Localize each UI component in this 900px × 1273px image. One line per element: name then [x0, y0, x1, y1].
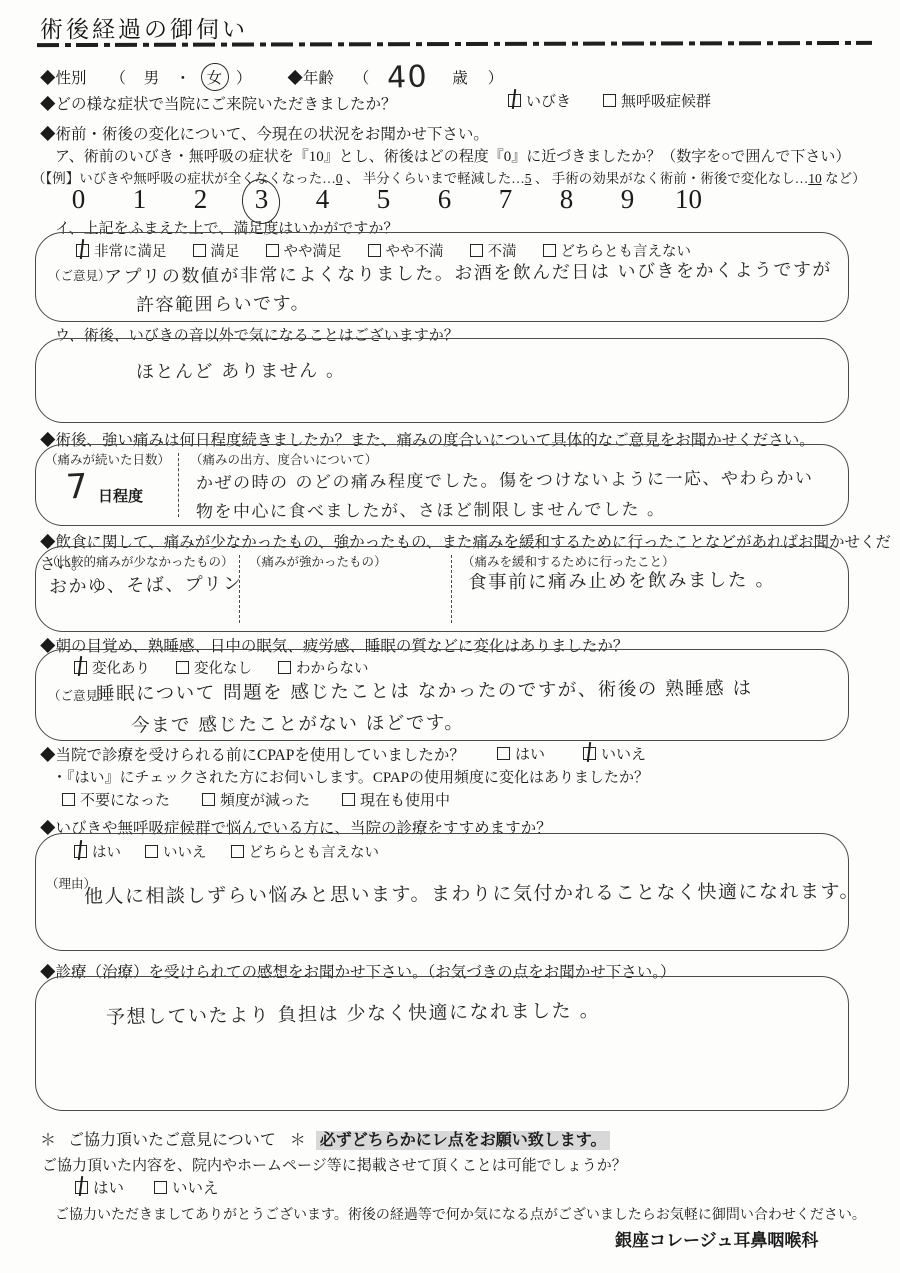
cpap-options: はい いいえ: [497, 743, 646, 764]
checkbox[interactable]: [145, 845, 158, 858]
checkbox-label: わからない: [296, 657, 369, 678]
scale-number-6[interactable]: 6: [416, 184, 473, 215]
example-number: 10: [808, 171, 822, 186]
checkbox-label: はい: [93, 1176, 124, 1198]
questionnaire-sheet: 術後経過の御伺い ◆性別 （ 男 ・ 女 ） ◆年齢 （ 40 歳 ） ◆どの様…: [0, 0, 900, 1273]
consent-note-highlight: 必ずどちらかにレ点をお願い致します。: [316, 1131, 611, 1150]
checkbox-option-no[interactable]: いいえ: [154, 1176, 219, 1198]
checkbox-option[interactable]: 頻度が減った: [202, 789, 310, 810]
impression-answer-box: 予想していたより 負担は 少なく快適になれました 。: [35, 976, 849, 1111]
symptom-question: ◆どの様な症状で当院にご来院いただきましたか？: [40, 92, 397, 114]
checkbox-label: やや不満: [386, 240, 444, 261]
checkbox-label: 現在も使用中: [360, 789, 450, 810]
checkbox-label: はい: [515, 743, 545, 764]
checkbox-option[interactable]: 満足: [193, 240, 240, 261]
age-unit: 歳: [452, 70, 468, 87]
page-title: 術後経過の御伺い: [40, 11, 248, 44]
diet-col2-label: （痛みが強かったもの）: [249, 552, 387, 570]
checkbox-label: いいえ: [163, 841, 207, 862]
cpap-followup-options: 不要になった 頻度が減った 現在も使用中: [62, 789, 450, 810]
pain-desc-label: （痛みの出方、度合いについて）: [190, 450, 377, 468]
checkbox-option[interactable]: どちらとも言えない: [231, 841, 380, 862]
checkbox-label: どちらとも言えない: [249, 841, 380, 862]
checkbox[interactable]: [74, 845, 87, 858]
checkbox-option[interactable]: やや不満: [368, 240, 444, 261]
checkbox[interactable]: [497, 747, 510, 760]
checkbox-label: いびき: [526, 90, 571, 111]
checkbox[interactable]: [368, 244, 381, 257]
comment-label: （ご意見）: [48, 266, 111, 284]
checkbox-option[interactable]: はい: [74, 841, 121, 862]
scale-number-9[interactable]: 9: [599, 184, 656, 215]
checkbox-option[interactable]: いいえ: [145, 841, 207, 862]
scale-number-2[interactable]: 2: [172, 184, 229, 215]
sleep-answer-box: 変化あり 変化なし わからない （ご意見） 睡眠について 問題を 感じたことは …: [35, 649, 849, 741]
handwritten-comment-line2: 許容範囲らいです。: [136, 289, 310, 317]
checkbox[interactable]: [231, 845, 244, 858]
checkbox[interactable]: [154, 1181, 167, 1194]
column-divider: [178, 453, 179, 517]
checkbox-label: 変化あり: [92, 657, 150, 678]
recommend-answer-box: はい いいえ どちらとも言えない （理由） 他人に相談しずらい悩みと思います。ま…: [35, 833, 849, 951]
checkbox-option[interactable]: 非常に満足: [76, 240, 167, 261]
paren: （: [110, 70, 126, 87]
checkbox-option-ibiki[interactable]: いびき: [508, 90, 571, 111]
checkbox-label: 不要になった: [80, 789, 170, 810]
checkbox[interactable]: [508, 94, 521, 107]
thanks-message: ご協力いただきましてありがとうございます。術後の経過等で何か気になる点がございま…: [55, 1204, 866, 1224]
gender-option-male[interactable]: 男: [144, 66, 160, 88]
clinic-name: 銀座コレージュ耳鼻咽喉科: [615, 1226, 818, 1251]
checkbox[interactable]: [75, 1181, 88, 1194]
handwritten-comment-line2: 今まで 感じたことがない ほどです。: [131, 709, 465, 738]
handwritten-days-value: 7: [65, 466, 90, 507]
satisfaction-answer-box: 非常に満足 満足 やや満足 やや不満 不満 どちらとも言えない （ご意見） アプ…: [35, 232, 849, 322]
checkbox-option-no[interactable]: いいえ: [583, 743, 646, 764]
checkbox-label: はい: [92, 841, 121, 862]
paren: ）: [488, 70, 504, 87]
change-heading: ◆術前・術後の変化について、今現在の状況をお聞かせ下さい。: [40, 122, 489, 144]
checkbox[interactable]: [76, 244, 89, 257]
cpap-question: ◆当院で診療を受けられる前にCPAPを使用していましたか？: [40, 743, 465, 765]
checkbox-option-apnea[interactable]: 無呼吸症候群: [603, 90, 711, 111]
checkbox-label: 満足: [211, 240, 240, 261]
checkbox-label: いいえ: [601, 743, 646, 764]
handwritten-col3-value: 食事前に痛み止めを飲みました 。: [468, 566, 776, 595]
checkbox[interactable]: [470, 244, 483, 257]
column-divider: [451, 555, 452, 623]
scale-number-4[interactable]: 4: [294, 184, 351, 215]
checkbox-option[interactable]: 変化なし: [176, 657, 252, 678]
asterisk: ＊: [40, 1132, 56, 1149]
dash-dot-divider: [37, 41, 872, 47]
checkbox-option[interactable]: 不要になった: [62, 789, 170, 810]
diet-col1-label: （比較的痛みが少なかったもの）: [46, 552, 234, 570]
checkbox-option[interactable]: わからない: [278, 657, 369, 678]
cpap-followup-question: ・『はい』にチェックされた方にお伺いします。CPAPの使用頻度に変化はありました…: [52, 766, 649, 787]
checkbox[interactable]: [603, 94, 616, 107]
handwritten-comment-line1: 睡眠について 問題を 感じたことは なかったのですが、術後の 熟睡感 は: [96, 674, 753, 706]
checkbox-label: 無呼吸症候群: [621, 90, 711, 111]
age-label: ◆年齢: [287, 70, 334, 87]
example-text: など）: [822, 171, 866, 186]
scale-number-7[interactable]: 7: [477, 184, 534, 215]
handwritten-col1-value: おかゆ、そば、プリン: [49, 569, 243, 598]
checkbox[interactable]: [202, 793, 215, 806]
asterisk: ＊: [290, 1132, 306, 1149]
checkbox[interactable]: [74, 661, 87, 674]
paren: （: [354, 70, 370, 87]
scale-number-10[interactable]: 10: [660, 184, 717, 215]
consent-question: ご協力頂いた内容を、院内やホームページ等に掲載させて頂くことは可能でしょうか？: [42, 1154, 627, 1175]
checkbox[interactable]: [193, 244, 206, 257]
checkbox-option-yes[interactable]: はい: [75, 1176, 124, 1198]
checkbox-label: 頻度が減った: [220, 789, 310, 810]
pain-days-label: （痛みが続いた日数）: [45, 450, 170, 468]
profile-row: ◆性別 （ 男 ・ 女 ） ◆年齢 （ 40 歳 ）: [40, 59, 503, 89]
handwritten-desc-line1: かぜの時の のどの痛み程度でした。傷をつけないように一応、やわらかい: [196, 463, 814, 493]
checkbox-option-yes[interactable]: はい: [497, 743, 545, 764]
checkbox-option[interactable]: 変化あり: [74, 657, 150, 678]
scale-number-3[interactable]: 3: [233, 184, 290, 215]
recommend-options: はい いいえ どちらとも言えない: [74, 841, 379, 862]
consent-options: はい いいえ: [75, 1176, 219, 1198]
checkbox[interactable]: [278, 661, 291, 674]
checkbox-label: いいえ: [172, 1176, 219, 1198]
pain-days-unit: 日程度: [98, 485, 143, 506]
checkbox[interactable]: [543, 244, 556, 257]
checkbox-option[interactable]: やや満足: [266, 240, 342, 261]
handwritten-answer: ほとんど ありません 。: [136, 356, 346, 383]
scale-number-0[interactable]: 0: [50, 184, 107, 215]
consent-note: ＊ ご協力頂いたご意見について ＊ 必ずどちらかにレ点をお願い致します。: [40, 1127, 610, 1150]
paren: ）: [236, 70, 252, 87]
change-question-a: ア、術前のいびき・無呼吸の症状を『10』とし、術後はどの程度『0』に近づきました…: [55, 145, 850, 166]
scale-number-8[interactable]: 8: [538, 184, 595, 215]
sleep-options: 変化あり 変化なし わからない: [74, 657, 369, 678]
handwritten-desc-line2: 物を中心に食べましたが、さほど制限しませんでした 。: [196, 495, 666, 522]
rating-scale: 0 1 2 3 4 5 6 7 8 9 10: [50, 184, 717, 215]
age-value-handwritten: 40: [387, 62, 429, 93]
checkbox[interactable]: [583, 747, 596, 760]
checkbox-option[interactable]: 現在も使用中: [342, 789, 450, 810]
checkbox[interactable]: [176, 661, 189, 674]
checkbox[interactable]: [342, 793, 355, 806]
checkbox-label: 変化なし: [194, 657, 252, 678]
concerns-answer-box: ほとんど ありません 。: [35, 338, 849, 423]
pain-answer-box: （痛みが続いた日数） 7 日程度 （痛みの出方、度合いについて） かぜの時の の…: [35, 444, 849, 526]
handwritten-impression: 予想していたより 負担は 少なく快適になれました 。: [106, 996, 600, 1030]
checkbox[interactable]: [266, 244, 279, 257]
gender-option-female[interactable]: 女: [207, 66, 223, 88]
scale-number-5[interactable]: 5: [355, 184, 412, 215]
scale-number-1[interactable]: 1: [111, 184, 168, 215]
diet-answer-box: （比較的痛みが少なかったもの） おかゆ、そば、プリン （痛みが強かったもの） （…: [35, 546, 849, 632]
consent-note-text: ご協力頂いたご意見について: [68, 1132, 276, 1149]
symptom-options: いびき 無呼吸症候群: [508, 90, 711, 111]
gender-label: ◆性別: [40, 70, 87, 87]
checkbox-label: 非常に満足: [94, 240, 167, 261]
separator-dot: ・: [175, 70, 191, 87]
checkbox-label: やや満足: [284, 240, 342, 261]
handwritten-reason: 他人に相談しずらい悩みと思います。まわりに気付かれることなく快適になれます。: [84, 876, 860, 908]
checkbox[interactable]: [62, 793, 75, 806]
